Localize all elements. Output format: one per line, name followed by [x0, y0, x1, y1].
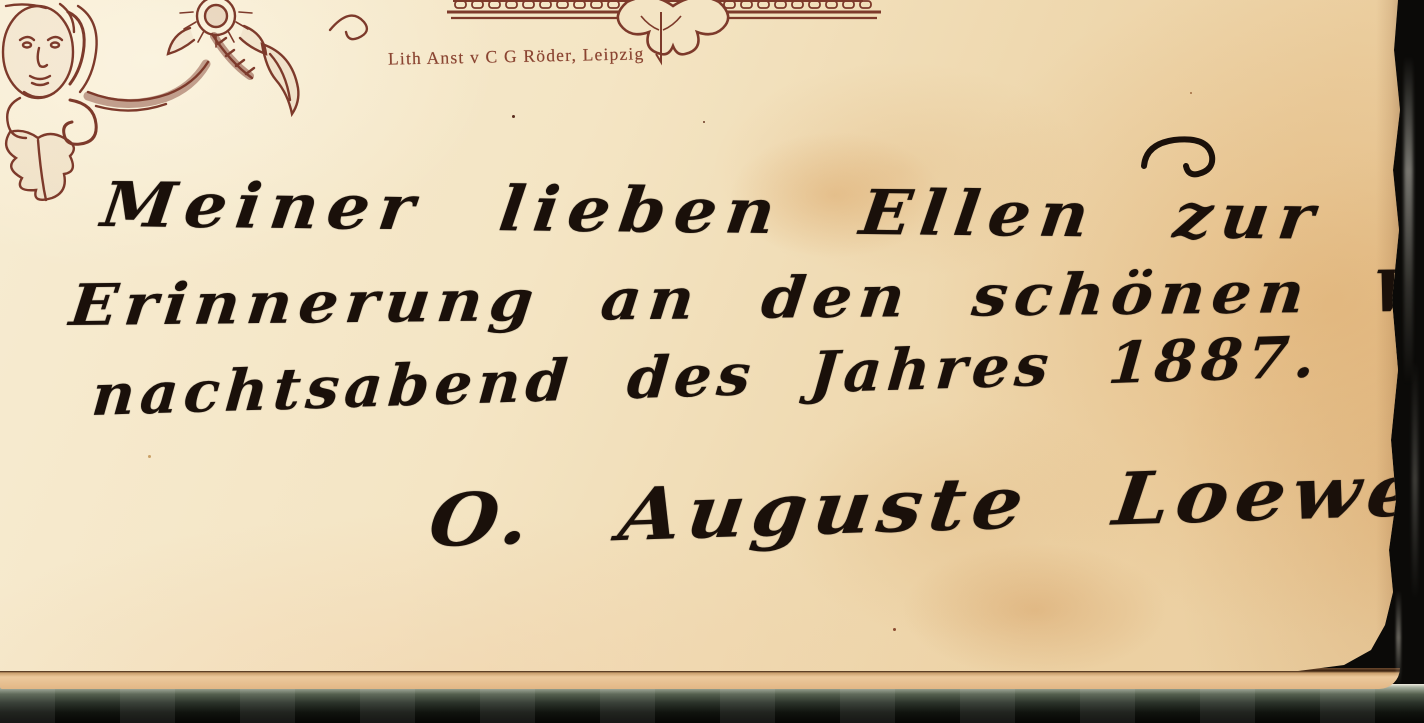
cover-reflection-highlights [0, 684, 1424, 723]
inscription-line-3: nachtsabend des Jahres 1887. [89, 323, 1322, 429]
page-edge-glint [1396, 590, 1401, 685]
ink-speck [703, 121, 705, 123]
foxing-speck [148, 455, 151, 458]
paper-sheet: Lith Anst v C G Röder, Leipzig Meiner li… [0, 0, 1402, 672]
ink-speck [893, 628, 896, 631]
book-cover-edge [0, 684, 1424, 723]
ink-speck [512, 115, 515, 118]
deckle-edge-shading [1376, 0, 1402, 672]
inscription-line-1: Meiner lieben Ellen zur [97, 168, 1326, 254]
page-edge-glint [1412, 360, 1418, 600]
photograph-of-album-page: Lith Anst v C G Röder, Leipzig Meiner li… [0, 0, 1424, 723]
signature-line: O. Auguste Loewe. [425, 445, 1424, 563]
page-edge-glint [1404, 55, 1413, 385]
underlying-page-edge [0, 668, 1400, 689]
foxing-speck [1190, 92, 1192, 94]
